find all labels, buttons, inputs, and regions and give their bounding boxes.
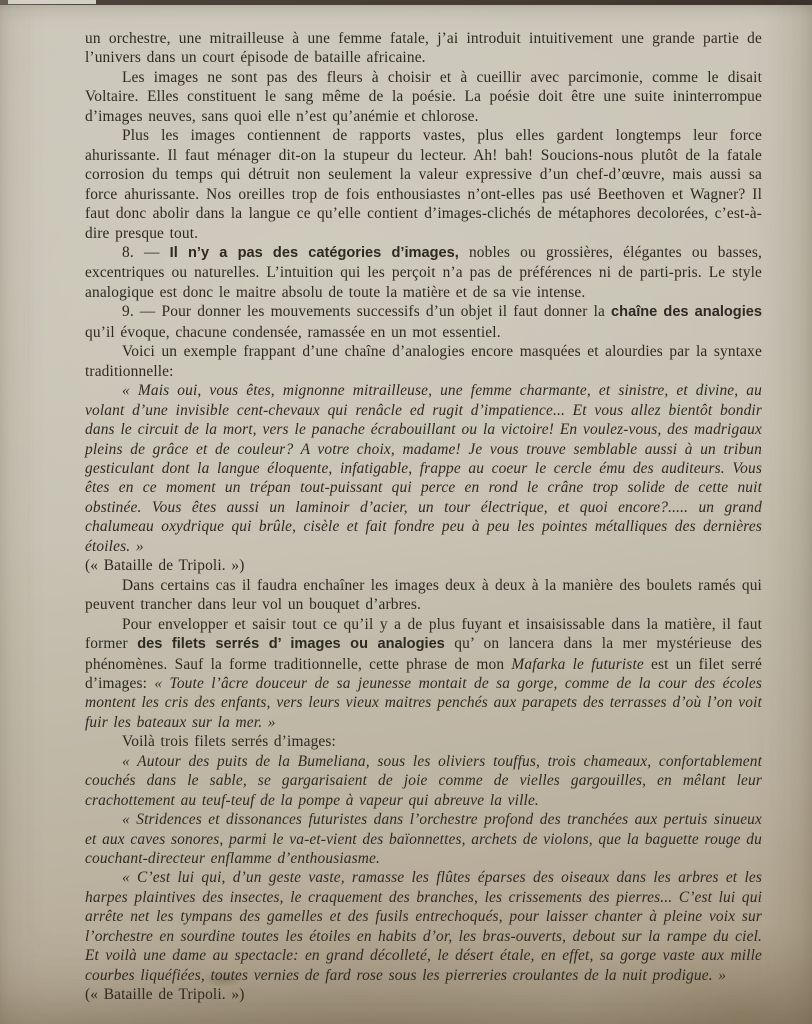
paragraph: Voilà trois filets serrés d’images:	[85, 732, 762, 751]
paragraph: Dans certains cas il faudra enchaîner le…	[85, 576, 762, 615]
source-citation: (« Bataille de Tripoli. »)	[85, 985, 762, 1004]
italic-quote-run: « Mais oui, vous êtes, mignonne mitraill…	[85, 382, 762, 555]
italic-quote-run: « Stridences et dissonances futuristes d…	[85, 811, 762, 867]
quotation-paragraph: « C’est lui qui, d’un geste vaste, ramas…	[85, 868, 762, 985]
paragraph: Pour envelopper et saisir tout ce qu’il …	[85, 615, 762, 733]
italic-quote-run: « Autour des puits de la Bumeliana, sous…	[85, 753, 762, 809]
bold-emphasis-run: des filets serrés d’ images ou analogies	[137, 636, 445, 652]
text-run: Voici un exemple frappant d’une chaîne d…	[85, 343, 762, 379]
bold-emphasis-run: chaîne des analogies	[611, 304, 762, 320]
quotation-paragraph: « Stridences et dissonances futuristes d…	[85, 810, 762, 868]
text-run: 9. — Pour donner les mouvements successi…	[122, 303, 611, 320]
quotation-paragraph: « Autour des puits de la Bumeliana, sous…	[85, 752, 762, 810]
scanned-book-page: un orchestre, une mitrailleuse à une fem…	[0, 0, 812, 1024]
text-block: un orchestre, une mitrailleuse à une fem…	[85, 29, 762, 1005]
italic-quote-run: « Toute l’âcre douceur de sa jeunesse mo…	[85, 675, 762, 731]
text-run: (« Bataille de Tripoli. »)	[85, 557, 245, 574]
paragraph: Plus les images contiennent de rapports …	[85, 126, 762, 243]
paragraph: Voici un exemple frappant d’une chaîne d…	[85, 342, 762, 381]
scan-edge-tab	[8, 0, 96, 4]
bold-emphasis-run: Il n’y a pas des catégories d’images,	[170, 245, 459, 261]
paragraph-item-9: 9. — Pour donner les mouvements successi…	[85, 302, 762, 342]
text-run: Voilà trois filets serrés d’images:	[122, 733, 336, 750]
source-citation: (« Bataille de Tripoli. »)	[85, 556, 762, 575]
paragraph-continuation: un orchestre, une mitrailleuse à une fem…	[85, 29, 762, 68]
text-run: 8. —	[122, 244, 170, 261]
text-run: (« Bataille de Tripoli. »)	[85, 986, 245, 1003]
italic-quote-run: « C’est lui qui, d’un geste vaste, ramas…	[85, 869, 762, 983]
paragraph: Les images ne sont pas des fleurs à choi…	[85, 68, 762, 126]
text-run: Les images ne sont pas des fleurs à choi…	[85, 69, 762, 125]
text-run: Plus les images contiennent de rapports …	[85, 127, 762, 241]
quotation-paragraph: « Mais oui, vous êtes, mignonne mitraill…	[85, 381, 762, 556]
text-run: Dans certains cas il faudra enchaîner le…	[85, 577, 762, 613]
italic-title-run: Mafarka le futuriste	[511, 656, 643, 673]
text-run: qu’il évoque, chacune condensée, ramassé…	[85, 324, 501, 341]
scan-edge-top	[0, 0, 812, 5]
text-run: un orchestre, une mitrailleuse à une fem…	[85, 30, 762, 66]
paragraph-item-8: 8. — Il n’y a pas des catégories d’image…	[85, 243, 762, 302]
